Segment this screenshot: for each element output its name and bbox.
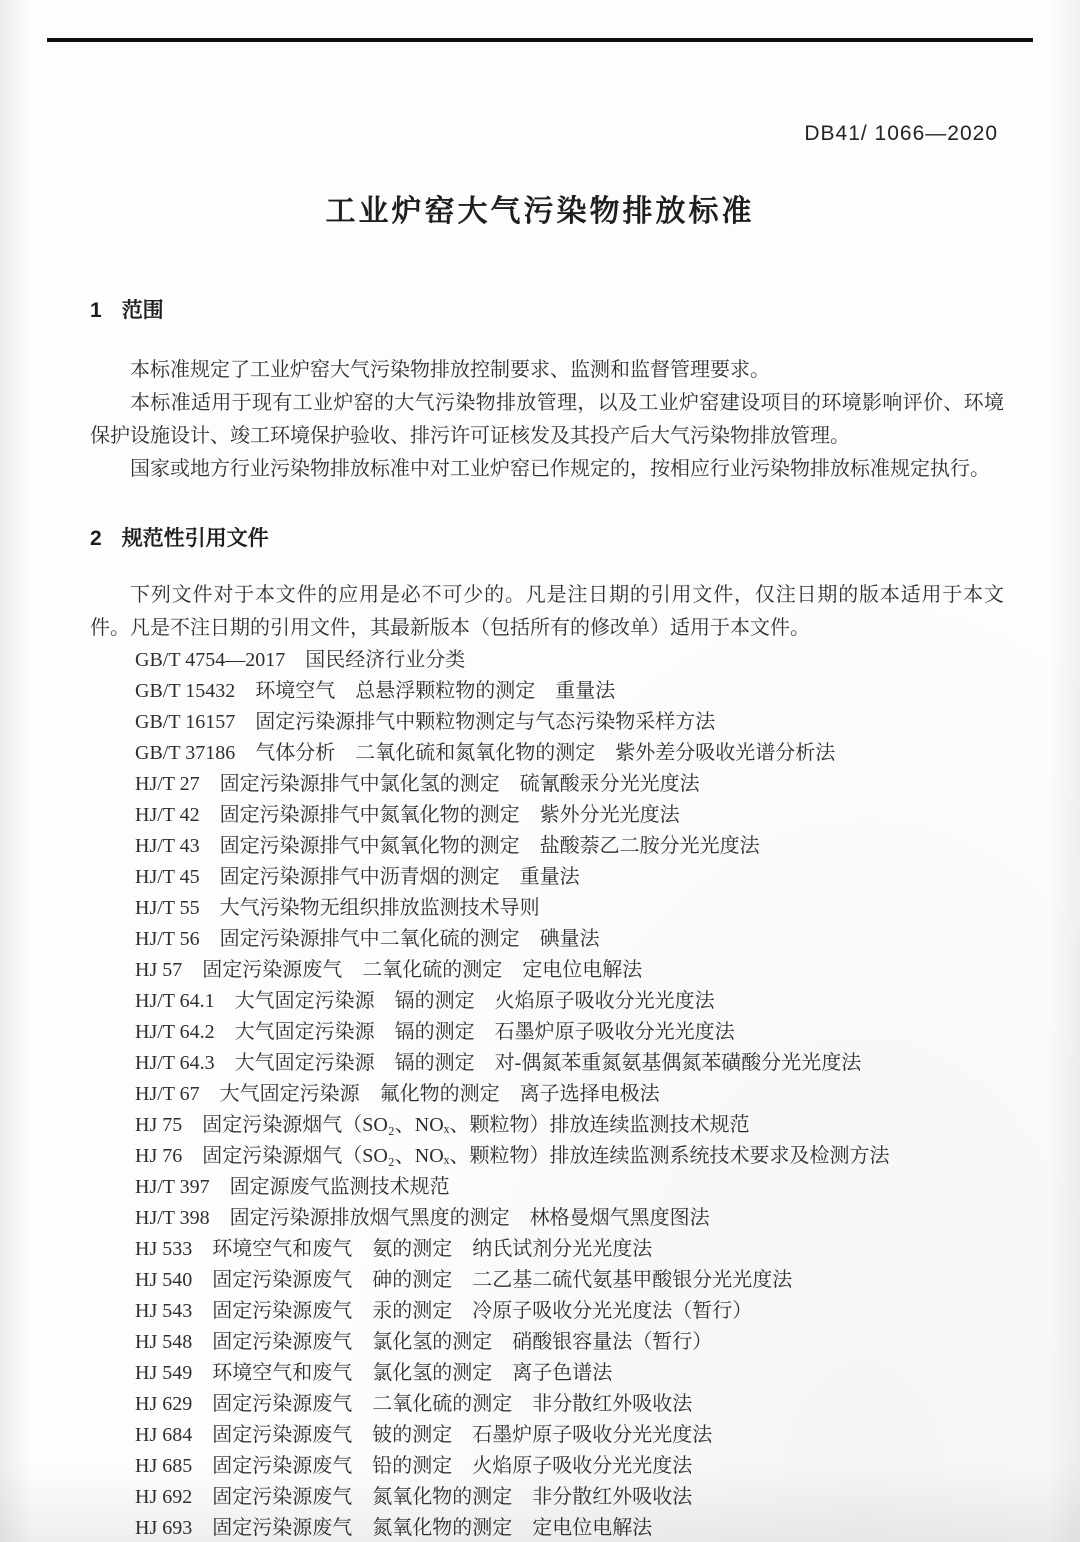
reference-item: GB/T 4754—2017 国民经济行业分类	[135, 645, 1004, 676]
section-2-heading: 2 规范性引用文件	[90, 522, 1004, 552]
reference-item: HJ/T 56 固定污染源排气中二氧化硫的测定 碘量法	[135, 924, 1004, 955]
reference-item: HJ 548 固定污染源废气 氯化氢的测定 硝酸银容量法（暂行）	[135, 1327, 1004, 1358]
reference-item: HJ/T 43 固定污染源排气中氮氧化物的测定 盐酸萘乙二胺分光光度法	[135, 831, 1004, 862]
reference-item: HJ/T 397 固定源废气监测技术规范	[135, 1172, 1004, 1203]
reference-item: GB/T 15432 环境空气 总悬浮颗粒物的测定 重量法	[135, 676, 1004, 707]
reference-item: HJ 549 环境空气和废气 氯化氢的测定 离子色谱法	[135, 1358, 1004, 1389]
document-content: 1 范围 本标准规定了工业炉窑大气污染物排放控制要求、监测和监督管理要求。 本标…	[0, 294, 1080, 1542]
section-1-title: 范围	[122, 294, 164, 324]
section-1-heading: 1 范围	[90, 294, 1004, 324]
reference-item: HJ 540 固定污染源废气 砷的测定 二乙基二硫代氨基甲酸银分光光度法	[135, 1265, 1004, 1296]
section-2-number: 2	[90, 527, 102, 551]
reference-item: GB/T 16157 固定污染源排气中颗粒物测定与气态污染物采样方法	[135, 707, 1004, 738]
reference-item: HJ/T 45 固定污染源排气中沥青烟的测定 重量法	[135, 862, 1004, 893]
reference-item: HJ 629 固定污染源废气 二氧化硫的测定 非分散红外吸收法	[135, 1389, 1004, 1420]
top-rule	[47, 38, 1033, 42]
section-1-number: 1	[90, 299, 102, 323]
document-page: DB41/ 1066—2020 工业炉窑大气污染物排放标准 1 范围 本标准规定…	[0, 0, 1080, 1542]
reference-item: HJ 692 固定污染源废气 氮氧化物的测定 非分散红外吸收法	[135, 1482, 1004, 1513]
reference-item: HJ 75 固定污染源烟气（SO₂、NOₓ、颗粒物）排放连续监测技术规范	[135, 1110, 1004, 1141]
reference-item: HJ/T 55 大气污染物无组织排放监测技术导则	[135, 893, 1004, 924]
paragraph: 本标准规定了工业炉窑大气污染物排放控制要求、监测和监督管理要求。	[90, 354, 1004, 387]
reference-item: HJ/T 64.2 大气固定污染源 镉的测定 石墨炉原子吸收分光光度法	[135, 1017, 1004, 1048]
page-title: 工业炉窑大气污染物排放标准	[0, 186, 1080, 230]
reference-item: HJ 684 固定污染源废气 铍的测定 石墨炉原子吸收分光光度法	[135, 1420, 1004, 1451]
section-1-paragraphs: 本标准规定了工业炉窑大气污染物排放控制要求、监测和监督管理要求。 本标准适用于现…	[90, 354, 1004, 486]
section-2-intro: 下列文件对于本文件的应用是必不可少的。凡是注日期的引用文件，仅注日期的版本适用于…	[90, 579, 1004, 645]
doc-number: DB41/ 1066—2020	[0, 122, 998, 146]
reference-item: HJ/T 27 固定污染源排气中氯化氢的测定 硫氰酸汞分光光度法	[135, 769, 1004, 800]
reference-list: GB/T 4754—2017 国民经济行业分类 GB/T 15432 环境空气 …	[90, 645, 1004, 1542]
reference-item: HJ/T 64.3 大气固定污染源 镉的测定 对-偶氮苯重氮氨基偶氮苯磺酸分光光…	[135, 1048, 1004, 1079]
reference-item: HJ 543 固定污染源废气 汞的测定 冷原子吸收分光光度法（暂行）	[135, 1296, 1004, 1327]
reference-item: HJ 533 环境空气和废气 氨的测定 纳氏试剂分光光度法	[135, 1234, 1004, 1265]
reference-item: HJ 693 固定污染源废气 氮氧化物的测定 定电位电解法	[135, 1513, 1004, 1542]
reference-item: HJ 685 固定污染源废气 铅的测定 火焰原子吸收分光光度法	[135, 1451, 1004, 1482]
reference-item: HJ 76 固定污染源烟气（SO₂、NOₓ、颗粒物）排放连续监测系统技术要求及检…	[135, 1141, 1004, 1172]
paragraph: 国家或地方行业污染物排放标准中对工业炉窑已作规定的，按相应行业污染物排放标准规定…	[90, 453, 1004, 486]
reference-item: HJ 57 固定污染源废气 二氧化硫的测定 定电位电解法	[135, 955, 1004, 986]
reference-item: HJ/T 42 固定污染源排气中氮氧化物的测定 紫外分光光度法	[135, 800, 1004, 831]
paragraph: 下列文件对于本文件的应用是必不可少的。凡是注日期的引用文件，仅注日期的版本适用于…	[90, 579, 1004, 645]
reference-item: HJ/T 398 固定污染源排放烟气黑度的测定 林格曼烟气黑度图法	[135, 1203, 1004, 1234]
reference-item: GB/T 37186 气体分析 二氧化硫和氮氧化物的测定 紫外差分吸收光谱分析法	[135, 738, 1004, 769]
reference-item: HJ/T 64.1 大气固定污染源 镉的测定 火焰原子吸收分光光度法	[135, 986, 1004, 1017]
section-2-title: 规范性引用文件	[122, 522, 269, 552]
reference-item: HJ/T 67 大气固定污染源 氟化物的测定 离子选择电极法	[135, 1079, 1004, 1110]
paragraph: 本标准适用于现有工业炉窑的大气污染物排放管理，以及工业炉窑建设项目的环境影响评价…	[90, 387, 1004, 453]
